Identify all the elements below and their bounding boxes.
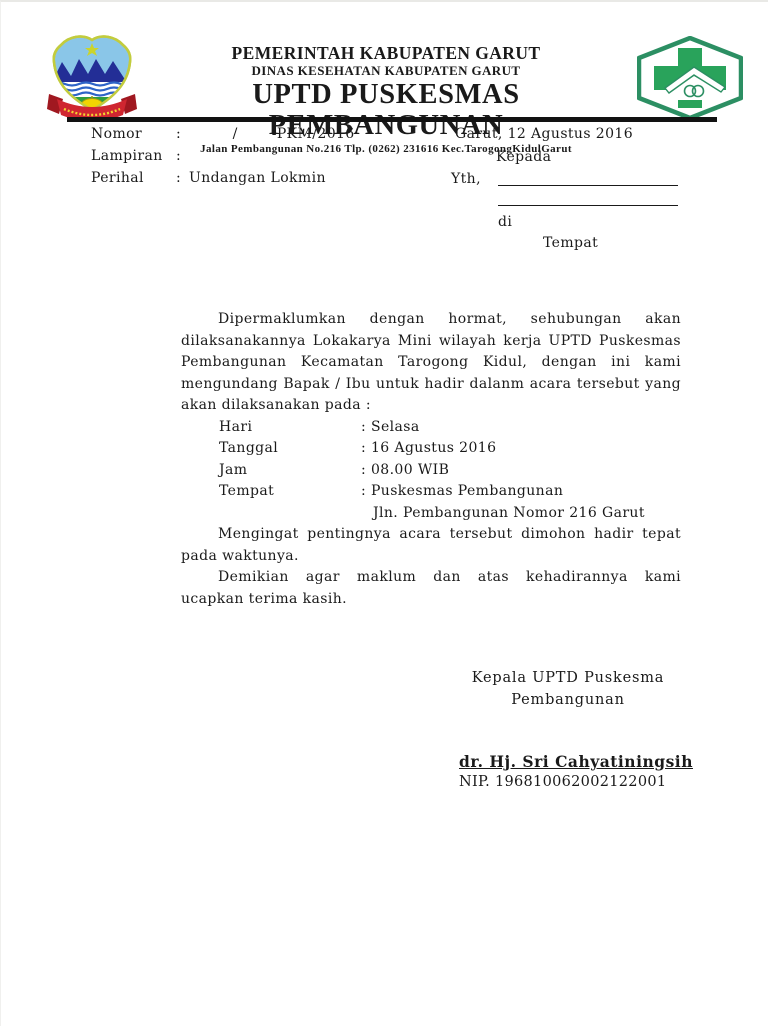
closing-line: ucapkan terima kasih. [181,589,681,611]
puskesmas-green-cross-icon [637,36,743,120]
perihal-label: Perihal [91,168,176,190]
closing-line: Demikian agar maklum dan atas kehadirann… [181,567,681,589]
detail-row-tanggal: Tanggal: 16 Agustus 2016 [181,438,681,460]
detail-label: Hari [219,417,361,439]
detail-row-jam: Jam: 08.00 WIB [181,460,681,482]
detail-label: Tanggal [219,438,361,460]
letter-page: PEMERINTAH KABUPATEN GARUT DINAS KESEHAT… [0,0,768,1026]
signature-title: Kepala UPTD Puskesma Pembangunan [439,668,697,712]
signature-block: dr. Hj. Sri Cahyatiningsih NIP. 19681006… [459,752,693,790]
nomor-row: Nomor: / -PKM/2016 [91,124,451,146]
signatory-nip: NIP. 196810062002122001 [459,774,693,790]
opening-line: akan dilaksanakan pada : [181,395,681,417]
closing-line: pada waktunya. [181,546,681,568]
recipient-blank-line-2 [498,205,678,206]
detail-value: : Selasa [361,419,420,435]
department-name: DINAS KESEHATAN KABUPATEN GARUT [141,63,631,79]
signature-title-line1: Kepala UPTD Puskesma [439,668,697,690]
closing-line: Mengingat pentingnya acara tersebut dimo… [181,524,681,546]
recipient-blank-line-1 [498,185,678,186]
nomor-colon: : [176,124,189,146]
detail-label: Jam [219,460,361,482]
lampiran-row: Lampiran: [91,146,451,168]
nomor-label: Nomor [91,124,176,146]
detail-value: : Puskesmas Pembangunan [361,483,563,499]
perihal-value: Undangan Lokmin [189,170,326,186]
tempat-label: Tempat [543,235,598,251]
opening-line: dilaksanakannya Lokakarya Mini wilayah k… [181,331,681,353]
header-rule [67,117,717,122]
detail-row-tempat-address: Jln. Pembangunan Nomor 216 Garut [181,503,681,525]
letter-body: Dipermaklumkan dengan hormat, sehubungan… [181,309,681,610]
city-date: Garut, 12 Agustus 2016 [455,126,633,142]
detail-label: Tempat [219,481,361,503]
opening-line: Pembangunan Kecamatan Tarogong Kidul, de… [181,352,681,374]
detail-value: : 08.00 WIB [361,462,449,478]
nomor-value: / -PKM/2016 [189,126,355,142]
letter-meta: Nomor: / -PKM/2016 Lampiran: Perihal:Und… [91,124,451,189]
lampiran-label: Lampiran [91,146,176,168]
garut-coat-of-arms-icon [47,32,137,124]
detail-row-tempat: Tempat: Puskesmas Pembangunan [181,481,681,503]
perihal-colon: : [176,168,189,190]
yth-label: Yth, [451,171,481,187]
detail-row-hari: Hari: Selasa [181,417,681,439]
kepada-label: Kepada [496,149,551,165]
lampiran-colon: : [176,146,189,168]
detail-value-continuation: Jln. Pembangunan Nomor 216 Garut [373,505,645,521]
signature-title-line2: Pembangunan [439,690,697,712]
detail-value: : 16 Agustus 2016 [361,440,496,456]
signatory-name: dr. Hj. Sri Cahyatiningsih [459,752,693,771]
opening-line: mengundang Bapak / Ibu untuk hadir dalan… [181,374,681,396]
perihal-row: Perihal:Undangan Lokmin [91,168,451,190]
government-name: PEMERINTAH KABUPATEN GARUT [141,44,631,63]
opening-line: Dipermaklumkan dengan hormat, sehubungan… [181,309,681,331]
di-label: di [498,214,512,230]
